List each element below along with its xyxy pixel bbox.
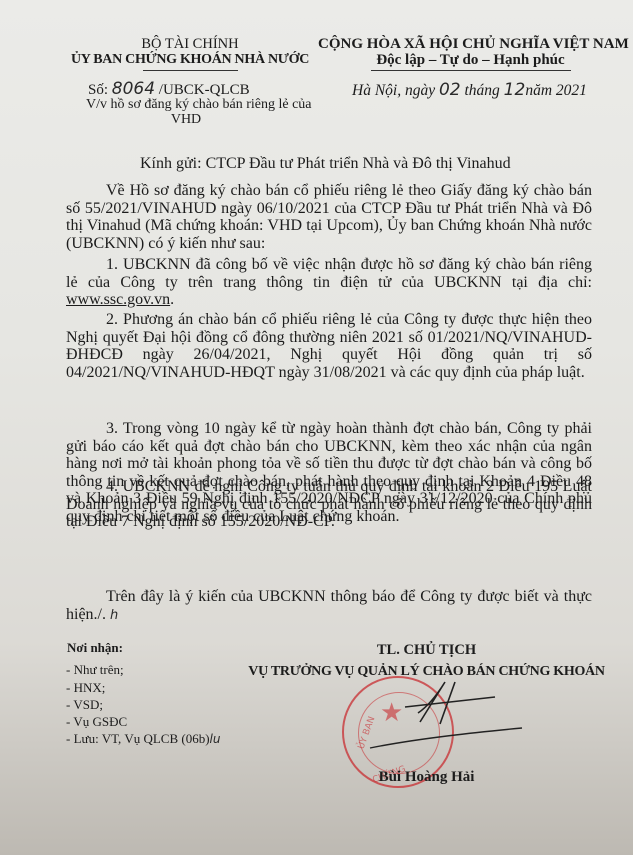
- handwritten-signature-icon: [0, 0, 633, 855]
- signer-name: Bùi Hoàng Hải: [220, 769, 633, 786]
